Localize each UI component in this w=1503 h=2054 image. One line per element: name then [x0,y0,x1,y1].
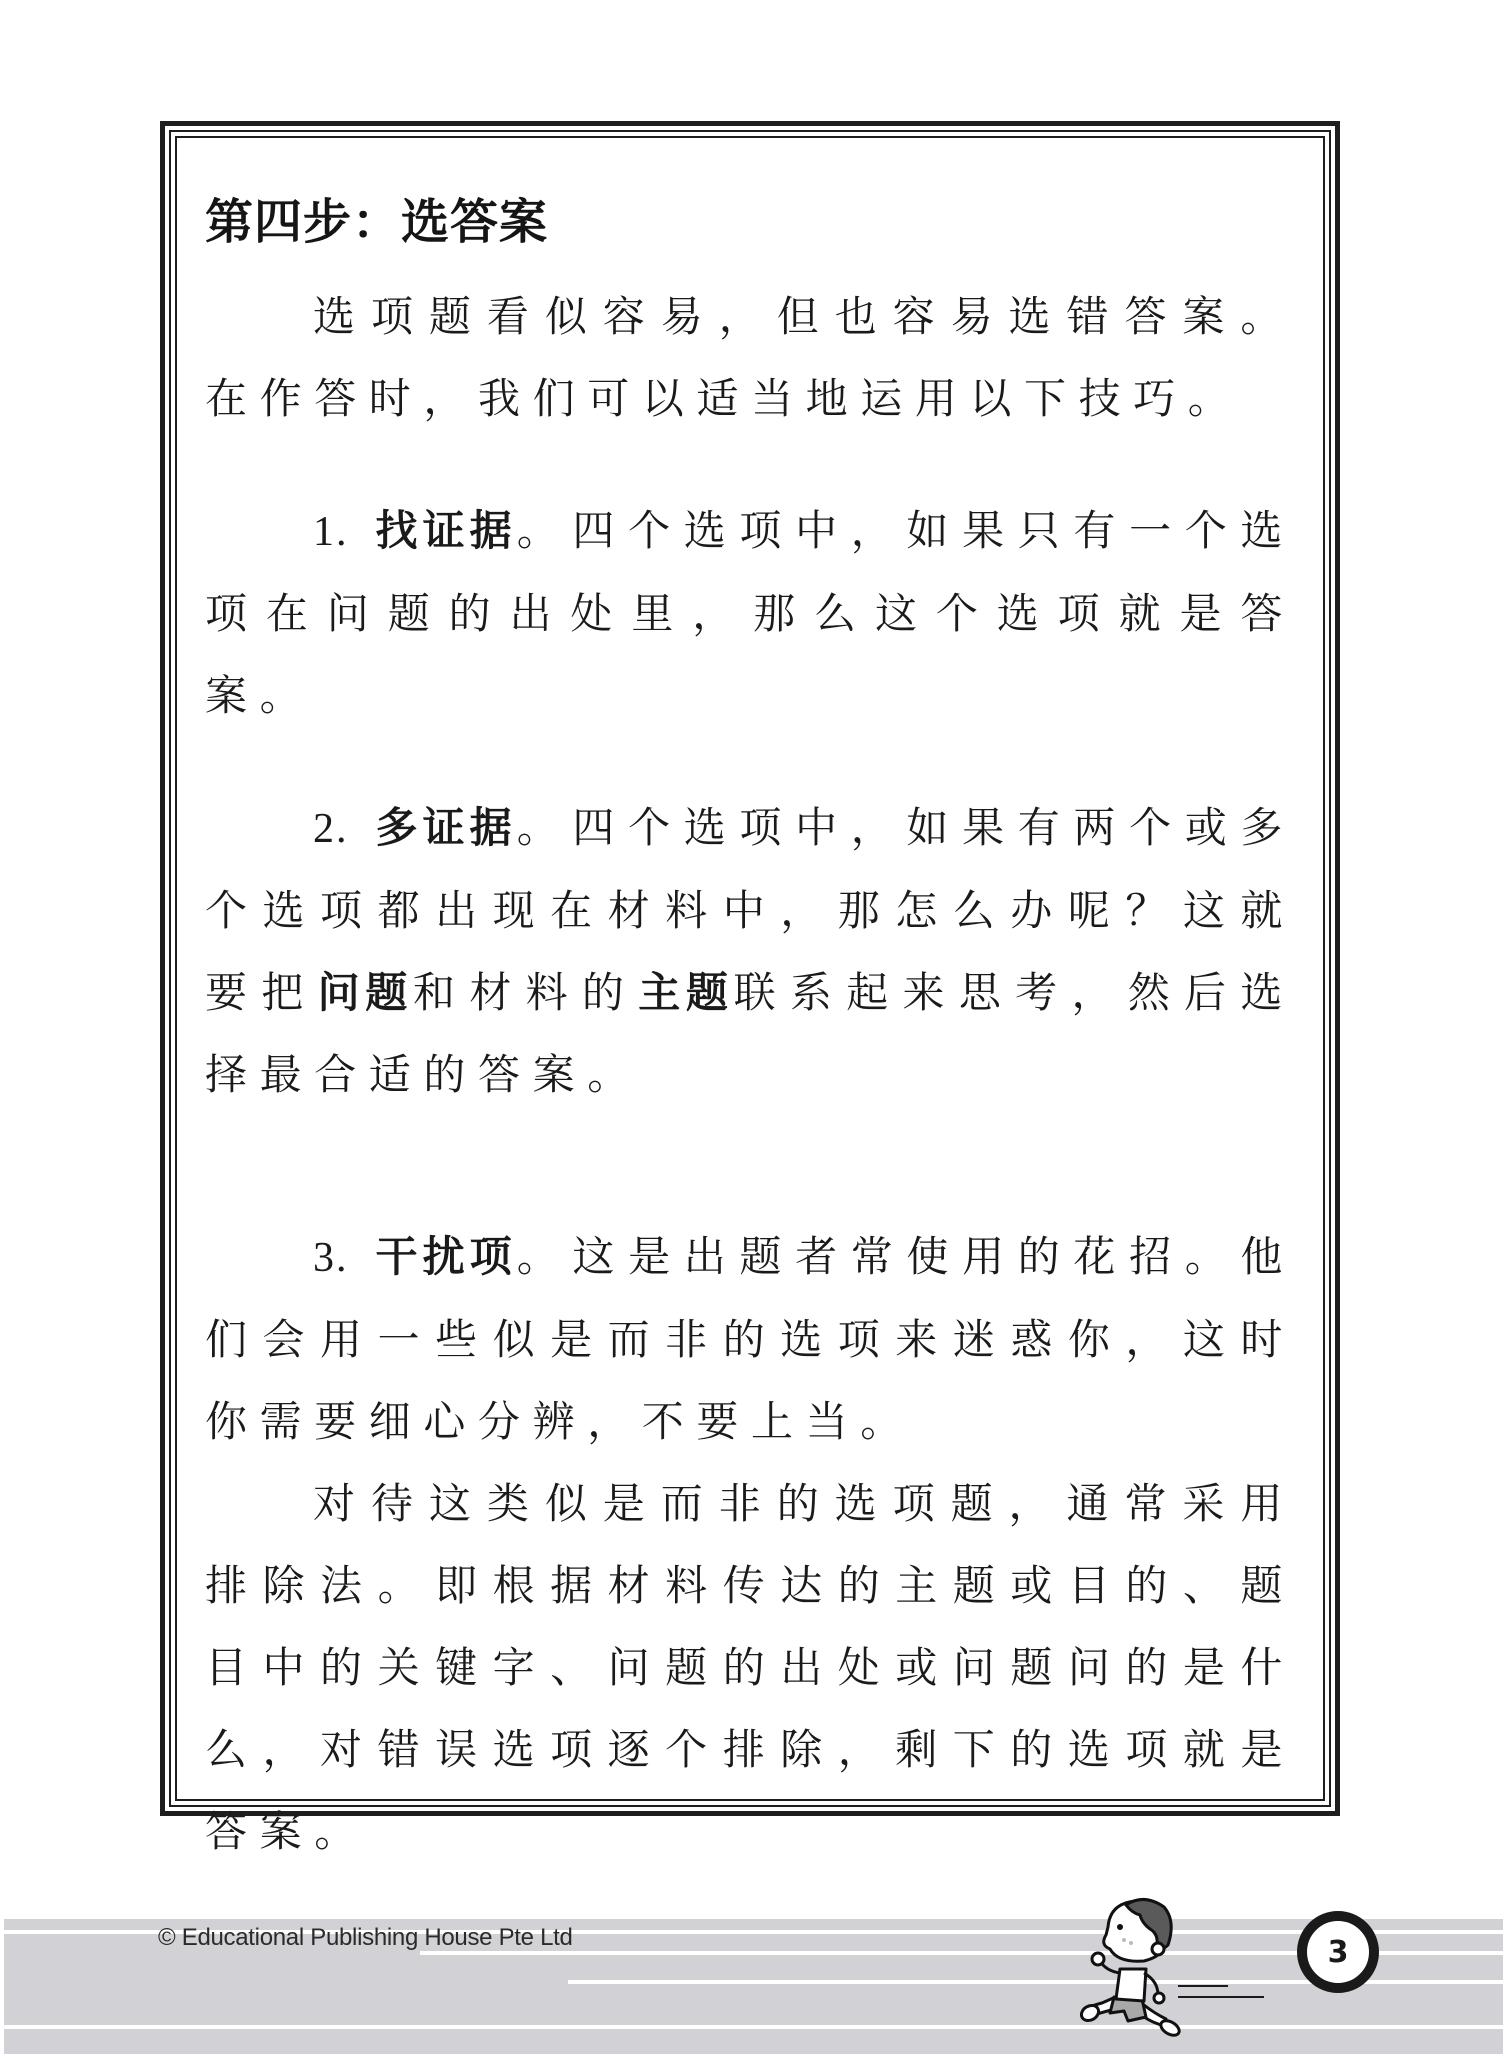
page-number: 3 [1328,1935,1349,1970]
frame-content: 第四步：选答案 选项题看似容易，但也容易选错答案。在作答时，我们可以适当地运用以… [205,194,1295,1873]
copyright-text: © Educational Publishing House Pte Ltd [158,1924,573,1952]
intro-paragraph: 选项题看似容易，但也容易选错答案。在作答时，我们可以适当地运用以下技巧。 [205,276,1295,440]
tip-1-number: 1. [313,509,349,555]
tip-3-number: 3. [313,1235,349,1281]
tip-1-keyword: 找证据 [376,506,517,555]
tip-1-paragraph: 1. 找证据。四个选项中，如果只有一个选项在问题的出处里，那么这个选项就是答案。 [205,490,1295,737]
footer-stripe [4,2025,1503,2029]
tip-2-keyword-theme: 主题 [638,968,733,1017]
tip-1-text: 。四个选项中，如果只有一个选项在问题的出处里，那么这个选项就是答案。 [205,506,1295,720]
tip-3-keyword: 干扰项 [376,1232,517,1281]
page-number-badge: 3 [1297,1911,1379,1993]
tip-2-keyword-question: 问题 [318,968,413,1017]
running-boy-icon [1080,1895,1200,2054]
closing-paragraph: 对待这类似是而非的选项题，通常采用排除法。即根据材料传达的主题或目的、题目中的关… [205,1463,1295,1873]
tip-3-paragraph: 3. 干扰项。这是出题者常使用的花招。他们会用一些似是而非的选项来迷惑你，这时你… [205,1216,1295,1463]
tip-2-keyword: 多证据 [376,803,517,852]
footer-edge-line [0,1919,4,2054]
tip-2-paragraph: 2. 多证据。四个选项中，如果有两个或多个选项都出现在材料中，那怎么办呢？这就要… [205,787,1295,1116]
tip-3-text: 。这是出题者常使用的花招。他们会用一些似是而非的选项来迷惑你，这时你需要细心分辨… [205,1232,1295,1446]
content-frame: 第四步：选答案 选项题看似容易，但也容易选错答案。在作答时，我们可以适当地运用以… [160,121,1340,1816]
tip-2-number: 2. [313,806,349,852]
section-title: 第四步：选答案 [205,194,1295,250]
tip-2-text-b: 和材料的 [413,968,638,1017]
